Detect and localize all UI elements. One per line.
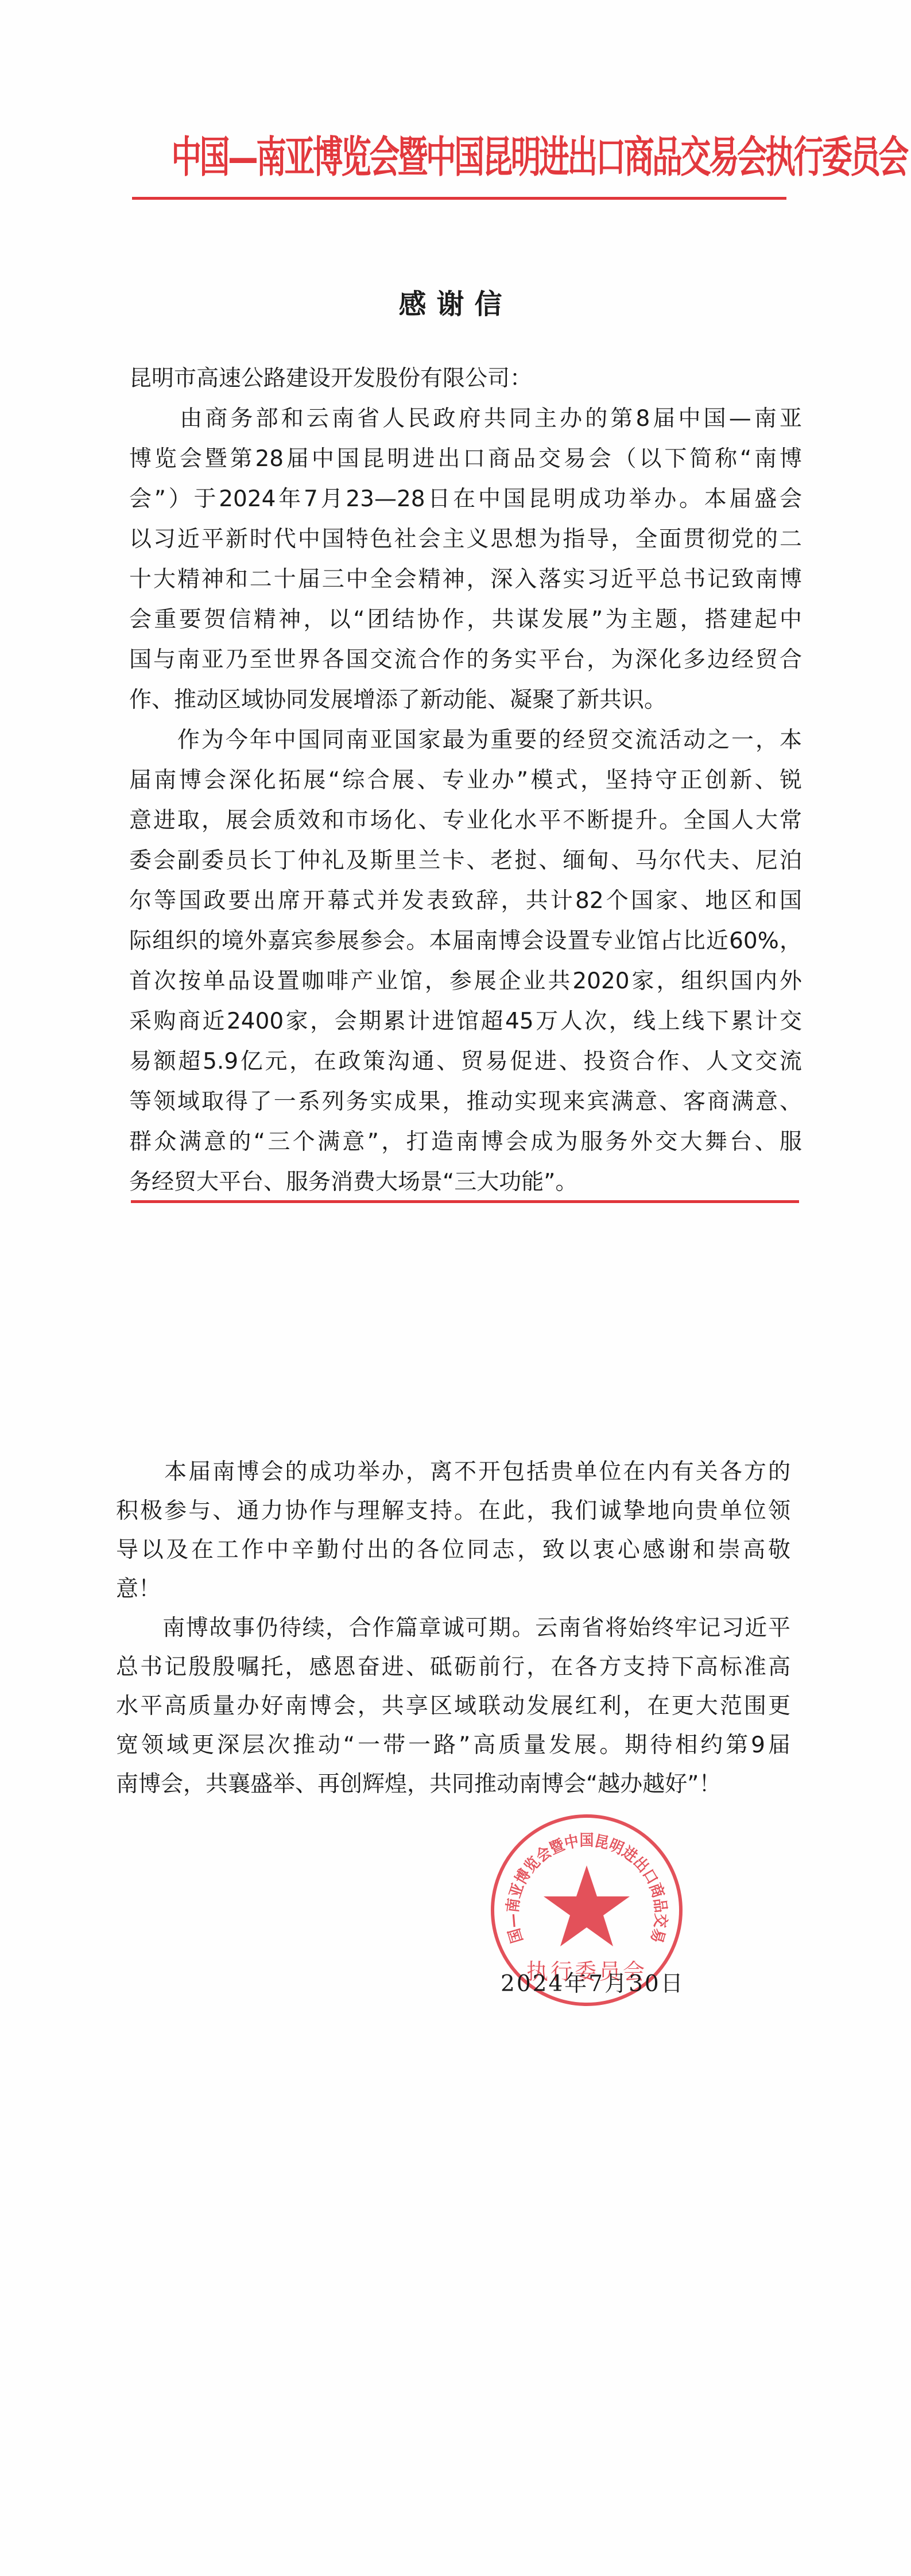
- body-line: 意！: [116, 1572, 790, 1607]
- body-line: 群众满意的“三个满意”，打造南博会成为服务外交大舞台、服: [129, 1125, 802, 1159]
- body-line: 尔等国政要出席开幕式并发表致辞，共计82个国家、地区和国: [129, 884, 802, 918]
- body-line: 易额超5.9亿元，在政策沟通、贸易促进、投资合作、人文交流: [129, 1045, 802, 1079]
- letterhead-red-rule: [132, 197, 786, 200]
- body-line: 十大精神和二十届三中全会精神，深入落实习近平总书记致南博: [129, 562, 802, 597]
- body-line: 作为今年中国同南亚国家最为重要的经贸交流活动之一，本: [129, 723, 802, 758]
- body-line: 国与南亚乃至世界各国交流合作的务实平台，为深化多边经贸合: [129, 643, 802, 677]
- body-line: 会重要贺信精神，以“团结协作，共谋发展”为主题，搭建起中: [129, 603, 802, 637]
- body-line: 等领域取得了一系列务实成果，推动实现来宾满意、客商满意、: [129, 1085, 802, 1119]
- letter-title: 感谢信: [0, 287, 911, 321]
- body-line: 意进取，展会质效和市场化、专业化水平不断提升。全国人大常: [129, 804, 802, 838]
- body-line: 作、推动区域协同发展增添了新动能、凝聚了新共识。: [129, 683, 802, 717]
- section-divider-red-rule: [131, 1200, 799, 1203]
- body-line: 南博会，共襄盛举、再创辉煌，共同推动南博会“越办越好”！: [116, 1767, 790, 1802]
- body-line: 委会副委员长丁仲礼及斯里兰卡、老挝、缅甸、马尔代夫、尼泊: [129, 844, 802, 878]
- body-line: 导以及在工作中辛勤付出的各位同志，致以衷心感谢和崇高敬: [116, 1533, 790, 1568]
- body-line: 本届南博会的成功举办，离不开包括贵单位在内有关各方的: [116, 1455, 790, 1489]
- body-line: 博览会暨第28届中国昆明进出口商品交易会（以下简称“南博: [129, 442, 802, 476]
- body-line: 积极参与、通力协作与理解支持。在此，我们诚挚地向贵单位领: [116, 1494, 790, 1528]
- body-line: 务经贸大平台、服务消费大场景“三大功能”。: [129, 1165, 802, 1200]
- letter-date: 2024年7月30日: [501, 1970, 685, 1999]
- body-line: 南博故事仍待续，合作篇章诚可期。云南省将始终牢记习近平: [116, 1611, 790, 1646]
- body-line: 首次按单品设置咖啡产业馆，参展企业共2020家，组织国内外: [129, 964, 802, 999]
- body-line: 宽领域更深层次推动“一带一路”高质量发展。期待相约第9届: [116, 1728, 790, 1763]
- body-line: 届南博会深化拓展“综合展、专业办”模式，坚持守正创新、锐: [129, 763, 802, 798]
- body-line: 以习近平新时代中国特色社会主义思想为指导，全面贯彻党的二: [129, 522, 802, 557]
- recipient-salutation: 昆明市高速公路建设开发股份有限公司：: [129, 362, 802, 396]
- body-line: 际组织的境外嘉宾参展参会。本届南博会设置专业馆占比近60%，: [129, 924, 802, 959]
- star-icon: [544, 1865, 630, 1946]
- body-line: 总书记殷殷嘱托，感恩奋进、砥砺前行，在各方支持下高标准高: [116, 1650, 790, 1685]
- document-page: 中国—南亚博览会暨中国昆明进出口商品交易会执行委员会 感谢信 昆明市高速公路建设…: [0, 0, 911, 2576]
- body-line: 水平高质量办好南博会，共享区域联动发展红利，在更大范围更: [116, 1689, 790, 1724]
- body-line: 会”）于2024年7月23—28日在中国昆明成功举办。本届盛会: [129, 482, 802, 517]
- body-line: 采购商近2400家，会期累计进馆超45万人次，线上线下累计交: [129, 1004, 802, 1039]
- letterhead-organization: 中国—南亚博览会暨中国昆明进出口商品交易会执行委员会: [171, 122, 747, 193]
- body-line: 由商务部和云南省人民政府共同主办的第8届中国—南亚: [129, 402, 802, 436]
